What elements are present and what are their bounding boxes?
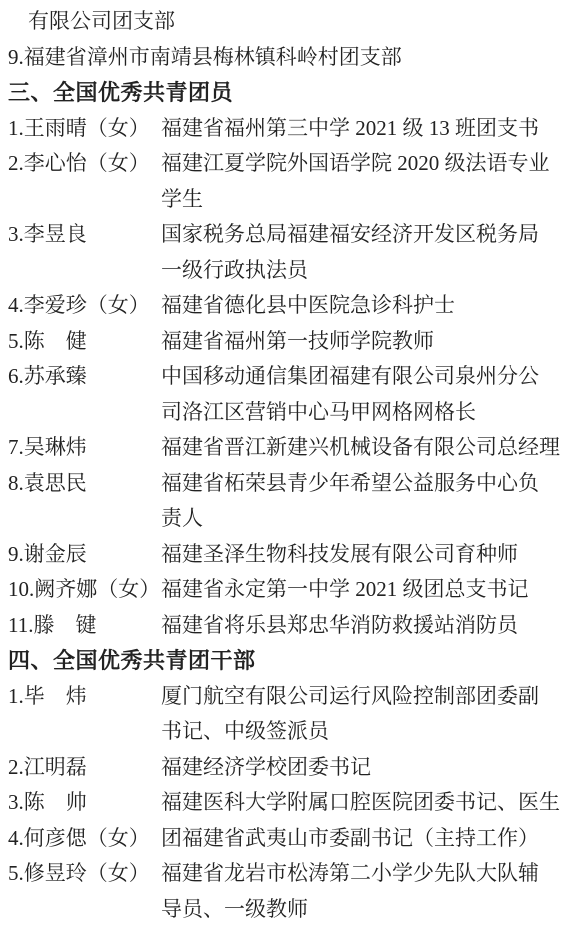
entry-name: 毕 炜	[24, 684, 87, 708]
entry-number-name: 8.袁思民	[8, 466, 161, 502]
affiliation-line: 福建省将乐县郑忠华消防救援站消防员	[161, 608, 556, 644]
award-entry: 10.阙齐娜（女） 福建省永定第一中学 2021 级团总支书记	[8, 572, 556, 608]
previous-section-item: 9.福建省漳州市南靖县梅林镇科岭村团支部	[8, 40, 556, 76]
section-heading: 四、全国优秀共青团干部	[8, 643, 556, 679]
entry-affiliation: 福建省龙岩市松涛第二小学少先队大队辅导员、一级教师	[161, 856, 556, 927]
entry-name: 阙齐娜（女）	[34, 577, 160, 601]
affiliation-line: 团福建省武夷山市委副书记（主持工作）	[161, 821, 556, 857]
section-heading: 三、全国优秀共青团员	[8, 75, 556, 111]
entry-affiliation: 福建省福州第一技师学院教师	[161, 324, 556, 360]
section-entries: 1.王雨晴（女） 福建省福州第三中学 2021 级 13 班团支书 2.李心怡（…	[8, 111, 556, 644]
entry-number-name: 6.苏承臻	[8, 359, 161, 395]
entry-number: 4.	[8, 293, 24, 317]
entry-number: 11.	[8, 613, 33, 637]
affiliation-line: 学生	[161, 182, 556, 218]
entry-number-name: 3.陈 帅	[8, 785, 161, 821]
entry-number: 8.	[8, 471, 24, 495]
affiliation-line: 厦门航空有限公司运行风险控制部团委副	[161, 679, 556, 715]
award-entry: 3.李昱良 国家税务总局福建福安经济开发区税务局一级行政执法员	[8, 217, 556, 288]
affiliation-line: 福建省龙岩市松涛第二小学少先队大队辅	[161, 856, 556, 892]
affiliation-line: 书记、中级签派员	[161, 714, 556, 750]
affiliation-line: 福建江夏学院外国语学院 2020 级法语专业	[161, 146, 556, 182]
award-entry: 8.袁思民 福建省柘荣县青少年希望公益服务中心负责人	[8, 466, 556, 537]
entry-name: 修昱玲（女）	[24, 861, 150, 885]
affiliation-line: 福建圣泽生物科技发展有限公司育种师	[161, 537, 556, 573]
entry-affiliation: 福建省柘荣县青少年希望公益服务中心负责人	[161, 466, 556, 537]
affiliation-line: 福建省永定第一中学 2021 级团总支书记	[161, 572, 556, 608]
affiliation-line: 福建省晋江新建兴机械设备有限公司总经理	[161, 430, 556, 466]
document-page: 有限公司团支部 9.福建省漳州市南靖县梅林镇科岭村团支部 三、全国优秀共青团员 …	[0, 0, 563, 935]
previous-item-continuation-line: 有限公司团支部	[8, 4, 556, 40]
award-entry: 3.陈 帅 福建医科大学附属口腔医院团委书记、医生	[8, 785, 556, 821]
entry-name: 滕 键	[33, 613, 96, 637]
entry-number-name: 1.王雨晴（女）	[8, 111, 161, 147]
entry-name: 苏承臻	[24, 364, 87, 388]
entry-affiliation: 团福建省武夷山市委副书记（主持工作）	[161, 821, 556, 857]
affiliation-line: 国家税务总局福建福安经济开发区税务局	[161, 217, 556, 253]
affiliation-line: 导员、一级教师	[161, 892, 556, 928]
award-entry: 1.毕 炜 厦门航空有限公司运行风险控制部团委副书记、中级签派员	[8, 679, 556, 750]
affiliation-line: 一级行政执法员	[161, 253, 556, 289]
entry-number-name: 3.李昱良	[8, 217, 161, 253]
award-entry: 4.李爱珍（女） 福建省德化县中医院急诊科护士	[8, 288, 556, 324]
entry-affiliation: 福建江夏学院外国语学院 2020 级法语专业学生	[161, 146, 556, 217]
entry-number: 5.	[8, 861, 24, 885]
entry-number: 4.	[8, 826, 24, 850]
entry-number: 2.	[8, 755, 24, 779]
entry-name: 陈 健	[24, 329, 87, 353]
affiliation-line: 责人	[161, 501, 556, 537]
award-section: 四、全国优秀共青团干部 1.毕 炜 厦门航空有限公司运行风险控制部团委副书记、中…	[8, 643, 556, 927]
affiliation-line: 中国移动通信集团福建有限公司泉州分公	[161, 359, 556, 395]
award-section: 三、全国优秀共青团员 1.王雨晴（女） 福建省福州第三中学 2021 级 13 …	[8, 75, 556, 643]
entry-number: 3.	[8, 790, 24, 814]
affiliation-line: 司洛江区营销中心马甲网格网格长	[161, 395, 556, 431]
entry-affiliation: 福建经济学校团委书记	[161, 750, 556, 786]
sections: 三、全国优秀共青团员 1.王雨晴（女） 福建省福州第三中学 2021 级 13 …	[8, 75, 556, 927]
entry-affiliation: 福建医科大学附属口腔医院团委书记、医生	[161, 785, 556, 821]
award-entry: 6.苏承臻 中国移动通信集团福建有限公司泉州分公司洛江区营销中心马甲网格网格长	[8, 359, 556, 430]
award-entry: 5.修昱玲（女） 福建省龙岩市松涛第二小学少先队大队辅导员、一级教师	[8, 856, 556, 927]
entry-name: 何彦偲（女）	[24, 826, 150, 850]
entry-name: 李心怡（女）	[24, 151, 150, 175]
entry-number: 6.	[8, 364, 24, 388]
affiliation-line: 福建省柘荣县青少年希望公益服务中心负	[161, 466, 556, 502]
award-entry: 1.王雨晴（女） 福建省福州第三中学 2021 级 13 班团支书	[8, 111, 556, 147]
affiliation-line: 福建经济学校团委书记	[161, 750, 556, 786]
award-entry: 4.何彦偲（女） 团福建省武夷山市委副书记（主持工作）	[8, 821, 556, 857]
entry-affiliation: 福建省永定第一中学 2021 级团总支书记	[161, 572, 556, 608]
entry-name: 王雨晴（女）	[24, 116, 150, 140]
entry-number: 1.	[8, 684, 24, 708]
entry-name: 李爱珍（女）	[24, 293, 150, 317]
award-entry: 2.江明磊 福建经济学校团委书记	[8, 750, 556, 786]
entry-name: 谢金辰	[24, 542, 87, 566]
entry-number-name: 4.李爱珍（女）	[8, 288, 161, 324]
award-entry: 5.陈 健 福建省福州第一技师学院教师	[8, 324, 556, 360]
entry-affiliation: 福建省将乐县郑忠华消防救援站消防员	[161, 608, 556, 644]
award-entry: 11.滕 键 福建省将乐县郑忠华消防救援站消防员	[8, 608, 556, 644]
entry-number: 7.	[8, 435, 24, 459]
affiliation-line: 福建省福州第三中学 2021 级 13 班团支书	[161, 111, 556, 147]
entry-number-name: 5.修昱玲（女）	[8, 856, 161, 892]
entry-number: 5.	[8, 329, 24, 353]
entry-affiliation: 国家税务总局福建福安经济开发区税务局一级行政执法员	[161, 217, 556, 288]
entry-number-name: 7.吴琳炜	[8, 430, 161, 466]
entry-number-name: 2.李心怡（女）	[8, 146, 161, 182]
award-entry: 7.吴琳炜 福建省晋江新建兴机械设备有限公司总经理	[8, 430, 556, 466]
entry-number-name: 10.阙齐娜（女）	[8, 572, 161, 608]
entry-affiliation: 福建省晋江新建兴机械设备有限公司总经理	[161, 430, 556, 466]
section-entries: 1.毕 炜 厦门航空有限公司运行风险控制部团委副书记、中级签派员 2.江明磊 福…	[8, 679, 556, 928]
entry-number: 2.	[8, 151, 24, 175]
entry-affiliation: 福建圣泽生物科技发展有限公司育种师	[161, 537, 556, 573]
entry-affiliation: 厦门航空有限公司运行风险控制部团委副书记、中级签派员	[161, 679, 556, 750]
entry-name: 吴琳炜	[24, 435, 87, 459]
entry-number: 1.	[8, 116, 24, 140]
entry-number-name: 1.毕 炜	[8, 679, 161, 715]
entry-name: 袁思民	[24, 471, 87, 495]
entry-number: 9.	[8, 542, 24, 566]
award-entry: 9.谢金辰 福建圣泽生物科技发展有限公司育种师	[8, 537, 556, 573]
entry-number: 3.	[8, 222, 24, 246]
entry-affiliation: 中国移动通信集团福建有限公司泉州分公司洛江区营销中心马甲网格网格长	[161, 359, 556, 430]
entry-number-name: 11.滕 键	[8, 608, 161, 644]
entry-affiliation: 福建省福州第三中学 2021 级 13 班团支书	[161, 111, 556, 147]
entry-number-name: 5.陈 健	[8, 324, 161, 360]
entry-number-name: 9.谢金辰	[8, 537, 161, 573]
entry-number-name: 2.江明磊	[8, 750, 161, 786]
award-entry: 2.李心怡（女） 福建江夏学院外国语学院 2020 级法语专业学生	[8, 146, 556, 217]
entry-number-name: 4.何彦偲（女）	[8, 821, 161, 857]
entry-name: 江明磊	[24, 755, 87, 779]
entry-name: 陈 帅	[24, 790, 87, 814]
affiliation-line: 福建省福州第一技师学院教师	[161, 324, 556, 360]
affiliation-line: 福建省德化县中医院急诊科护士	[161, 288, 556, 324]
affiliation-line: 福建医科大学附属口腔医院团委书记、医生	[161, 785, 556, 821]
entry-number: 10.	[8, 577, 34, 601]
entry-affiliation: 福建省德化县中医院急诊科护士	[161, 288, 556, 324]
entry-name: 李昱良	[24, 222, 87, 246]
